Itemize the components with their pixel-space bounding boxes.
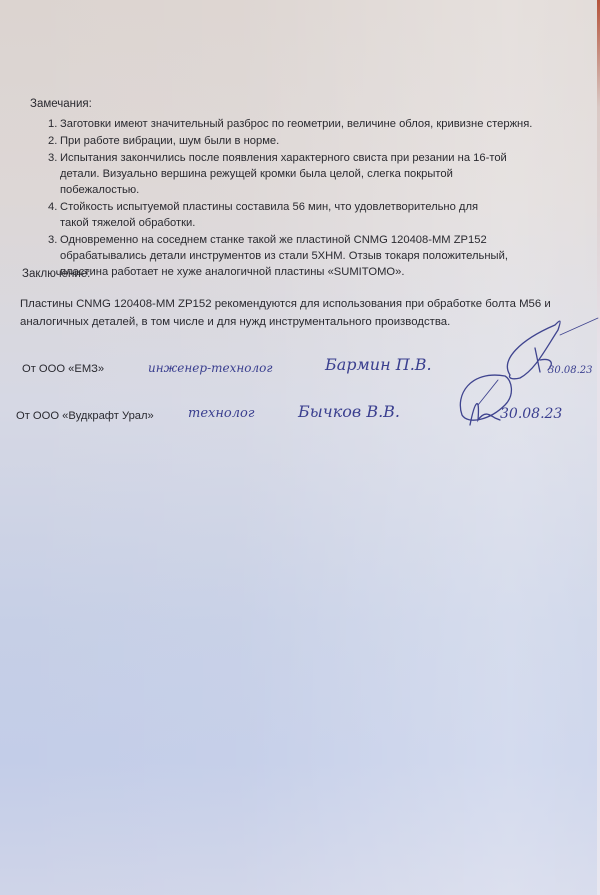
- remark-item: 3.Одновременно на соседнем станке такой …: [30, 232, 515, 280]
- signature-position: инженер-технолог: [148, 361, 272, 375]
- remarks-list: 1.Заготовки имеют значительный разброс п…: [30, 116, 570, 281]
- remarks-heading: Замечания:: [30, 98, 92, 110]
- signature-position: технолог: [188, 406, 254, 421]
- remark-item: 3.Испытания закончились после появления …: [30, 150, 530, 198]
- signature-org: От ООО «ЕМЗ»: [22, 363, 104, 375]
- signature-row-emz: От ООО «ЕМЗ» инженер-технолог Бармин П.В…: [0, 355, 600, 385]
- remark-item: 1.Заготовки имеют значительный разброс п…: [30, 116, 570, 132]
- signature-name: Бармин П.В.: [325, 355, 432, 374]
- remark-item: 4.Стойкость испытуемой пластины составил…: [30, 199, 480, 231]
- signature-row-woodcraft: От ООО «Вудкрафт Урал» технолог Бычков В…: [0, 402, 600, 432]
- conclusion-text: Пластины CNMG 120408-MM ZP152 рекомендую…: [20, 295, 580, 331]
- signature-date: 30.08.23: [548, 365, 593, 376]
- document-page: Замечания: 1.Заготовки имеют значительны…: [0, 0, 600, 895]
- conclusion-heading: Заключение:: [22, 268, 90, 280]
- signature-date: 30.08.23: [500, 406, 562, 422]
- signature-org: От ООО «Вудкрафт Урал»: [16, 410, 154, 422]
- signature-name: Бычков В.В.: [298, 402, 400, 421]
- remark-item: 2.При работе вибрации, шум были в норме.: [30, 133, 570, 149]
